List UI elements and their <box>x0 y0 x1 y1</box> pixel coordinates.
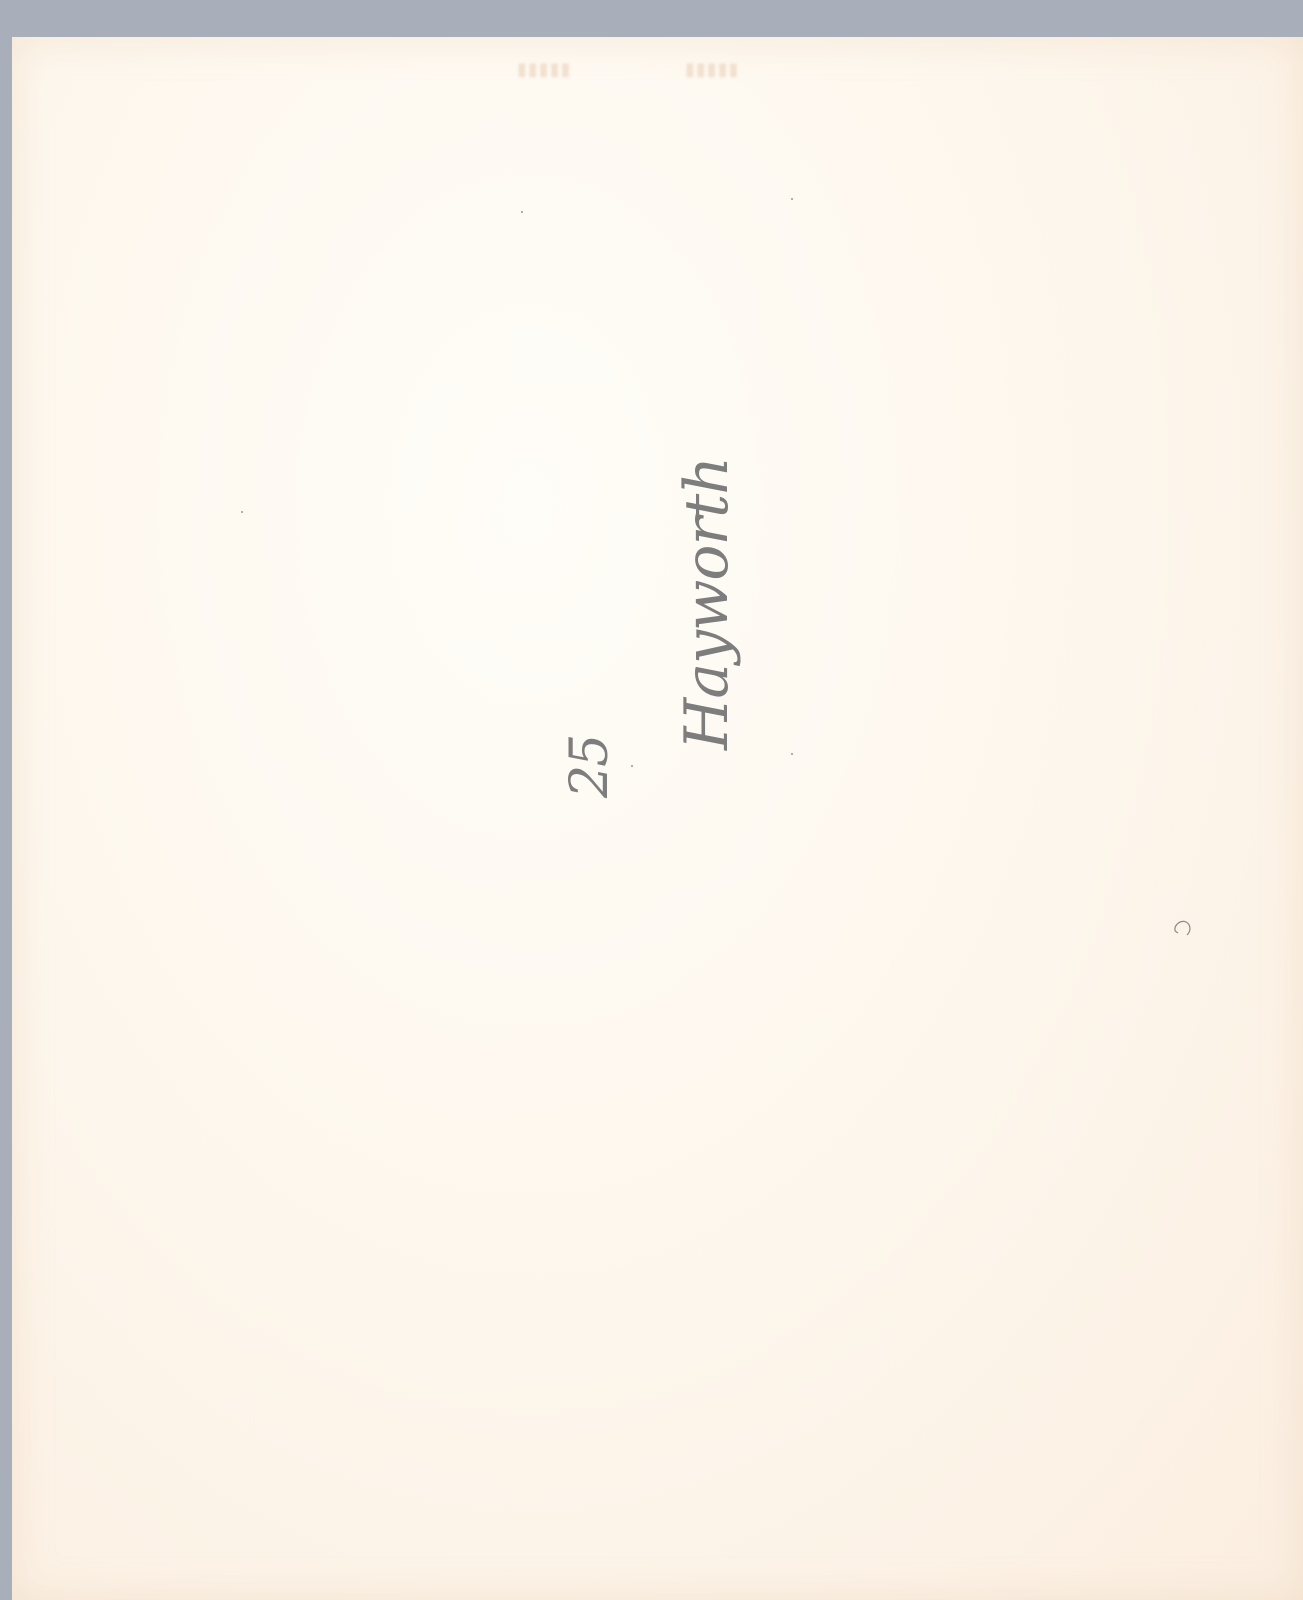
show-through-stamp-right: ▮▮▮▮▮ <box>685 59 740 83</box>
pencil-mark-icon <box>1172 918 1194 940</box>
show-through-stamp-left: ▮▮▮▮▮ <box>517 59 572 83</box>
paper-speck <box>241 511 243 513</box>
paper-speck <box>631 765 633 767</box>
photo-back-paper: ▮▮▮▮▮ ▮▮▮▮▮ <box>12 37 1303 1600</box>
handwritten-name: Hayworth <box>672 457 742 750</box>
paper-speck <box>791 753 793 755</box>
handwritten-number: 25 <box>560 736 620 798</box>
paper-speck <box>791 198 793 200</box>
paper-speck <box>521 211 523 213</box>
